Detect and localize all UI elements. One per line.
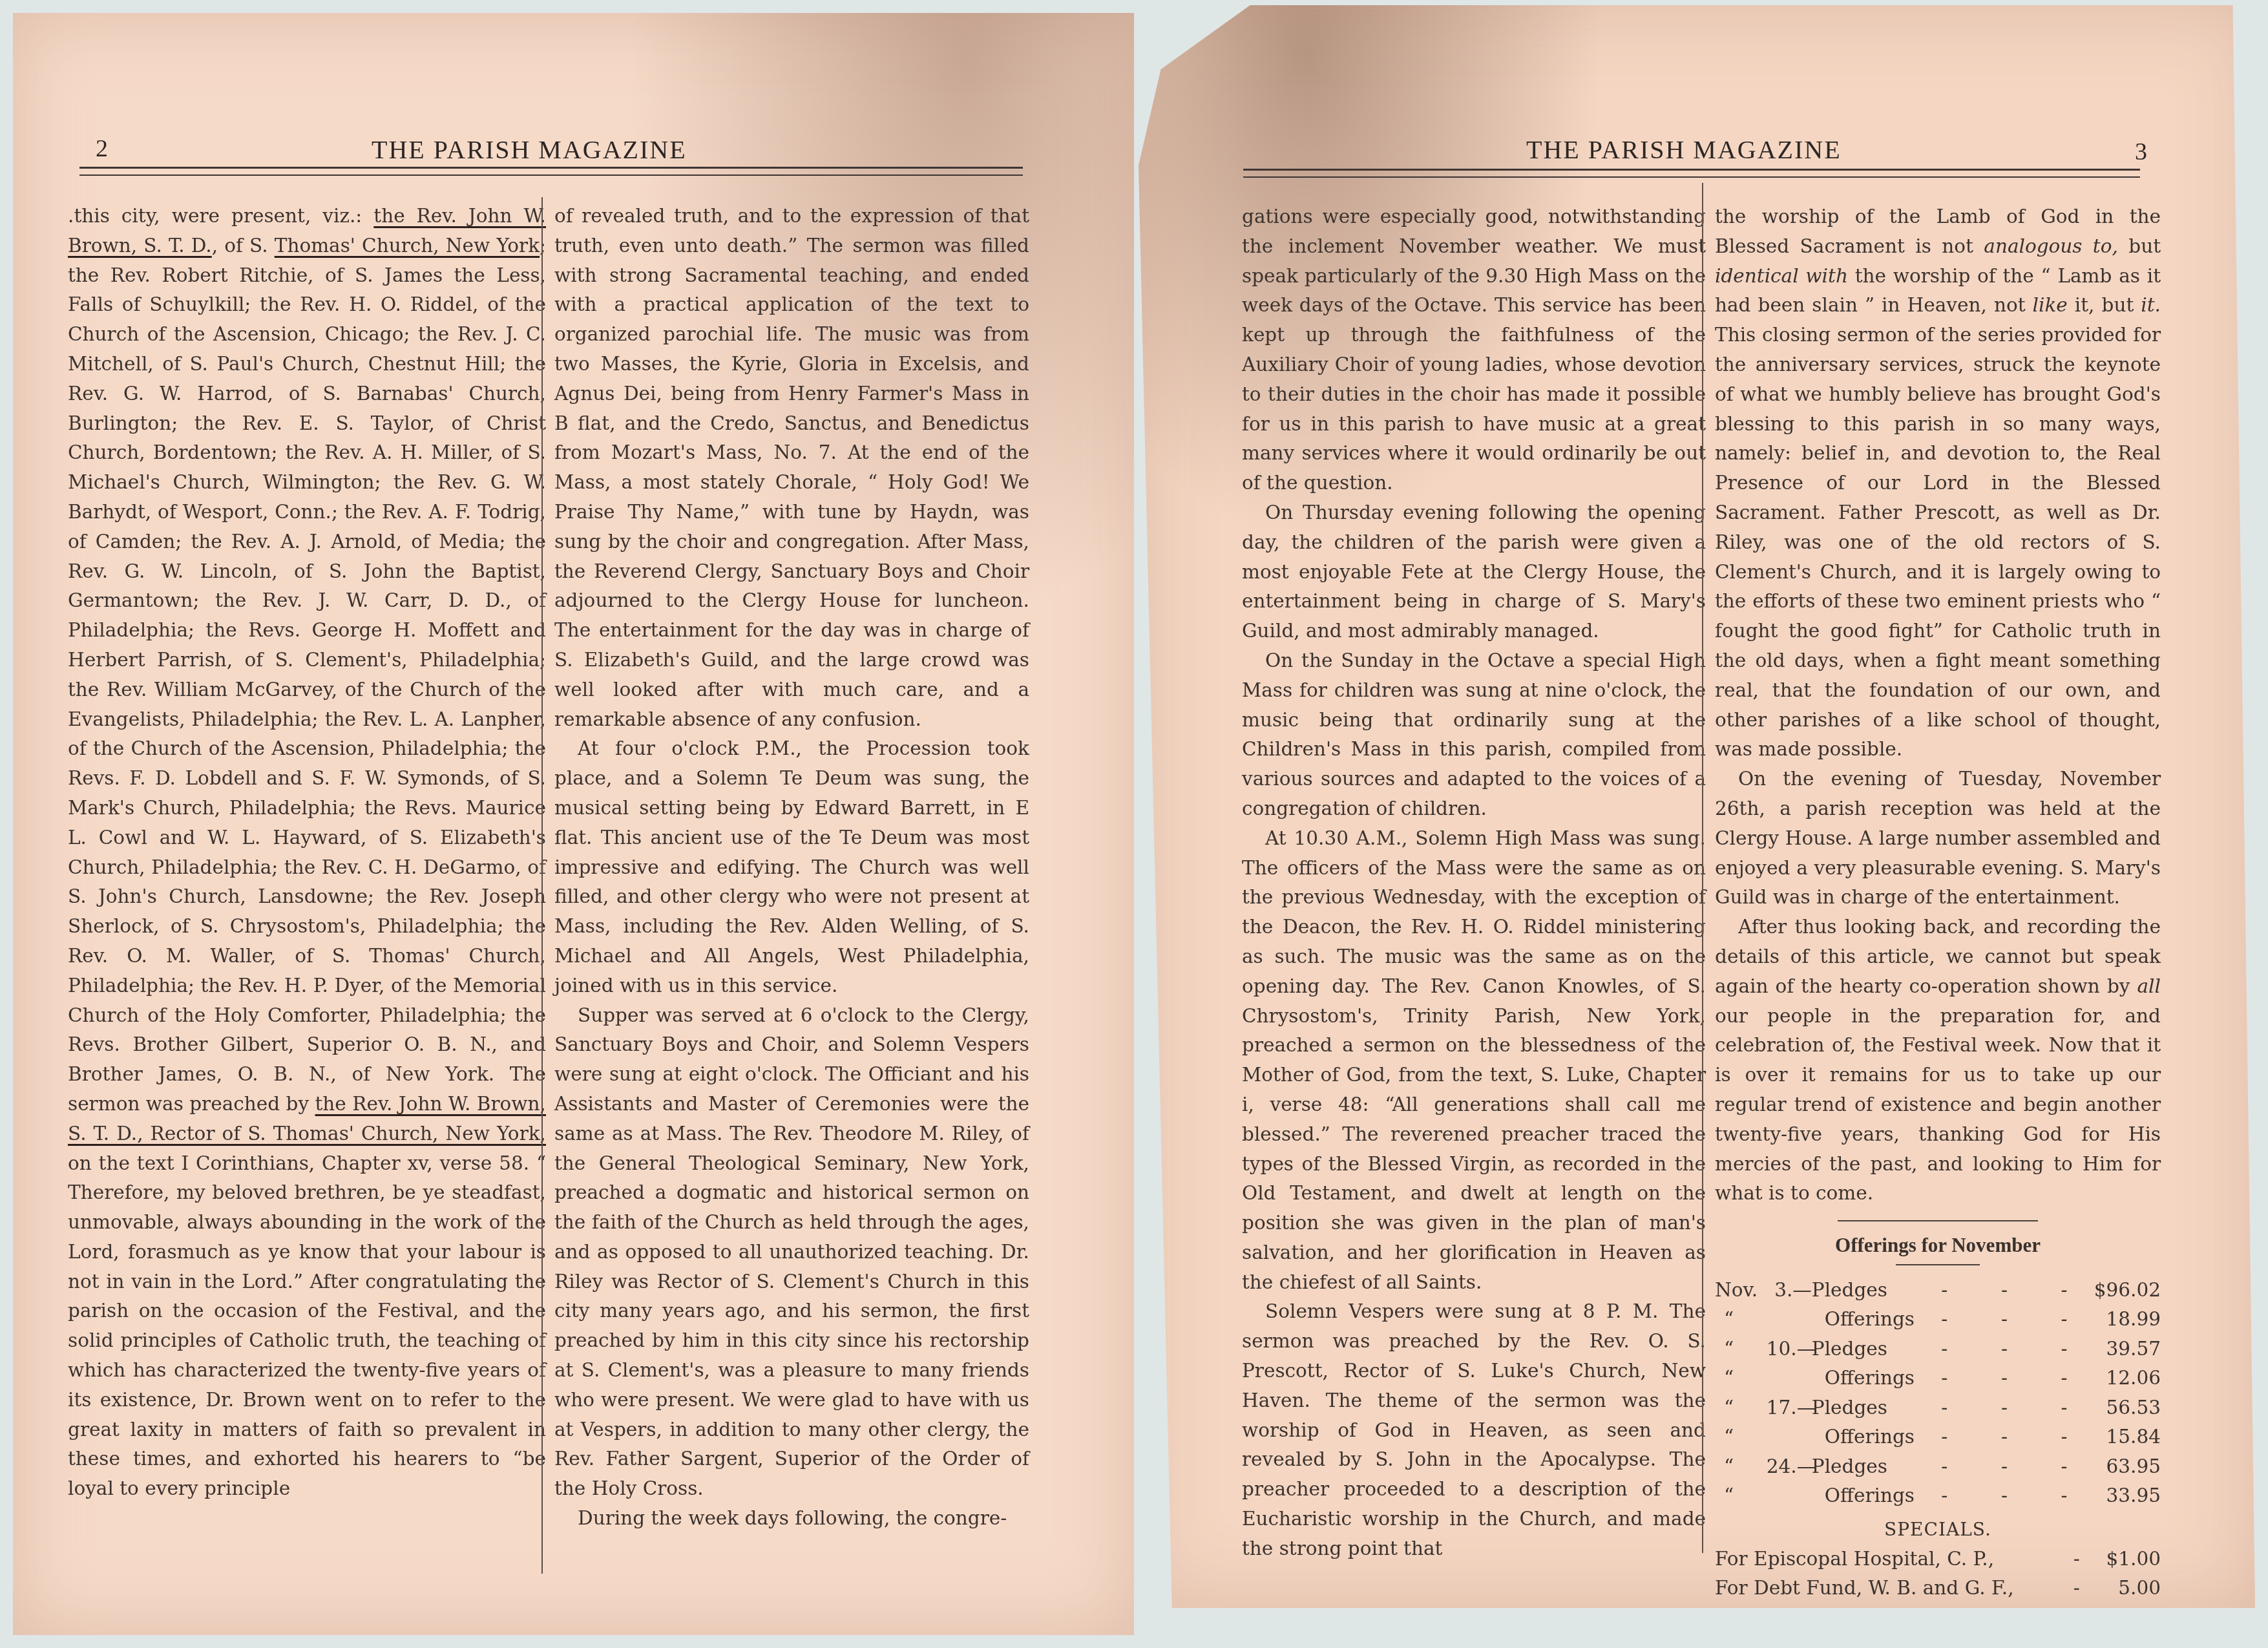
month-cell: “ [1715, 1364, 1767, 1393]
date: 17.— [1767, 1393, 1812, 1423]
amount-cell: 33.95 [2094, 1481, 2161, 1511]
amount-cell: 15.84 [2094, 1422, 2161, 1452]
italic-text: all [2137, 975, 2161, 997]
offering-row: “24.—Pledges---63.95 [1715, 1452, 2161, 1482]
leader-dash: - [2034, 1305, 2094, 1335]
offering-row: “Offerings---33.95 [1715, 1481, 2161, 1511]
text: ; the Rev. Robert Ritchie, of S. James t… [68, 235, 546, 1115]
italic-text: identical with [1715, 265, 1848, 287]
leader-dash: - [1915, 1305, 1975, 1335]
section-rule [1838, 1220, 2038, 1221]
paragraph: gations were especially good, notwithsta… [1242, 202, 1706, 498]
item-label: Pledges [1812, 1279, 1887, 1301]
item-label: Offerings [1812, 1308, 1915, 1330]
article-column-1: .this city, were present, viz.: the Rev.… [68, 202, 546, 1504]
month-cell: “ [1715, 1422, 1767, 1452]
paragraph: At four o'clock P.M., the Procession too… [554, 734, 1029, 1000]
item-cell: Offerings [1767, 1422, 1915, 1452]
leader-dash: - [1975, 1335, 2035, 1364]
item-cell: 3.—Pledges [1767, 1276, 1915, 1305]
leader-dash: - [1915, 1335, 1975, 1364]
paragraph: During the week days following, the cong… [554, 1504, 1029, 1534]
special-label: For Episcopal Hospital, C. P., [1715, 1545, 2054, 1574]
leader-dash: - [1975, 1393, 2035, 1423]
leader-dash: - [1975, 1422, 2035, 1452]
article-column-1: gations were especially good, notwithsta… [1242, 202, 1706, 1564]
special-label: For Debt Fund, W. B. and G. F., [1715, 1574, 2054, 1603]
amount-cell: 56.53 [2094, 1393, 2161, 1423]
column-divider [1702, 183, 1703, 1553]
month-cell: “ [1715, 1335, 1767, 1364]
special-row: For Debt Fund, W. B. and G. F.,-5.00 [1715, 1574, 2161, 1603]
paragraph: Solemn Vespers were sung at 8 P. M. The … [1242, 1297, 1706, 1563]
leader-dash: - [2034, 1335, 2094, 1364]
header-rule [1243, 169, 2140, 171]
paragraph: the worship of the Lamb of God in the Bl… [1715, 202, 2161, 765]
text: but [2118, 235, 2161, 257]
paragraph: Supper was served at 6 o'clock to the Cl… [554, 1001, 1029, 1505]
italic-text: it. [2141, 294, 2161, 316]
paragraph: After thus looking back, and recording t… [1715, 913, 2161, 1209]
item-label: Offerings [1812, 1426, 1915, 1448]
text: This closing sermon of the series provid… [1715, 324, 2161, 760]
date: 10.— [1767, 1335, 1812, 1364]
italic-text: analogous to, [1984, 235, 2118, 257]
amount-cell: 18.99 [2094, 1305, 2161, 1335]
leader-dash: - [1915, 1481, 1975, 1511]
paragraph: On Thursday evening following the openin… [1242, 498, 1706, 646]
offering-row: “Offerings---15.84 [1715, 1422, 2161, 1452]
header-rule [79, 174, 1023, 176]
special-amount: $1.00 [2099, 1545, 2161, 1574]
leader-dash: - [1915, 1276, 1975, 1305]
leader-dash: - [1975, 1276, 2035, 1305]
text: of revealed truth, and to the expression… [554, 205, 1029, 730]
text: On Thursday evening following the openin… [1242, 502, 1706, 642]
text: During the week days following, the cong… [578, 1507, 1007, 1529]
right-page: THE PARISH MAGAZINE 3 gations were espec… [1139, 5, 2255, 1608]
leader-dash: - [1975, 1481, 2035, 1511]
text: it, but [2068, 294, 2141, 316]
text: our people in the preparation for, and c… [1715, 1005, 2161, 1205]
text: Solemn Vespers were sung at 8 P. M. The … [1242, 1300, 1706, 1559]
item-cell: Offerings [1767, 1481, 1915, 1511]
month-cell: “ [1715, 1452, 1767, 1482]
leader-dash: - [2034, 1393, 2094, 1423]
text: On the Sunday in the Octave a special Hi… [1242, 650, 1706, 819]
text: At 10.30 A.M., Solemn High Mass was sung… [1242, 827, 1706, 1293]
item-cell: Offerings [1767, 1305, 1915, 1335]
paragraph: .this city, were present, viz.: the Rev.… [68, 202, 546, 1504]
date: 24.— [1767, 1452, 1812, 1482]
article-column-2: the worship of the Lamb of God in the Bl… [1715, 202, 2161, 1603]
leader-dash: - [2034, 1452, 2094, 1482]
leader-dash: - [1975, 1364, 2035, 1393]
specials-heading: SPECIALS. [1715, 1515, 2161, 1545]
item-label: Pledges [1812, 1455, 1887, 1477]
leader-dash: - [1975, 1452, 2035, 1482]
offerings-table: Nov.3.—Pledges---$96.02“Offerings---18.9… [1715, 1276, 2161, 1511]
item-label: Pledges [1812, 1397, 1887, 1419]
month-cell: Nov. [1715, 1276, 1767, 1305]
special-row: For Episcopal Hospital, C. P.,-$1.00 [1715, 1545, 2161, 1574]
underlined-text: Thomas' Church, New York [275, 235, 540, 257]
page-number: 2 [96, 134, 108, 163]
section-rule [1896, 1264, 1980, 1265]
item-label: Offerings [1812, 1367, 1915, 1389]
item-cell: Offerings [1767, 1364, 1915, 1393]
header-rule [1243, 176, 2140, 178]
article-text: the worship of the Lamb of God in the Bl… [1715, 202, 2161, 1209]
amount-cell: 39.57 [2094, 1335, 2161, 1364]
leader-dash: - [1915, 1393, 1975, 1423]
column-divider [541, 197, 543, 1574]
italic-text: like [2033, 294, 2068, 316]
leader-dash: - [2054, 1545, 2099, 1574]
text: After thus looking back, and recording t… [1715, 916, 2161, 997]
header-rule [79, 167, 1023, 169]
month-cell: “ [1715, 1481, 1767, 1511]
item-cell: 17.—Pledges [1767, 1393, 1915, 1423]
paragraph: of revealed truth, and to the expression… [554, 202, 1029, 734]
text: Supper was served at 6 o'clock to the Cl… [554, 1004, 1029, 1500]
text: gations were especially good, notwithsta… [1242, 206, 1706, 494]
page-number: 3 [2135, 138, 2147, 166]
item-label: Pledges [1812, 1338, 1887, 1360]
item-label: Offerings [1812, 1484, 1915, 1506]
leader-dash: - [2034, 1422, 2094, 1452]
offerings-title: Offerings for November [1715, 1231, 2161, 1260]
text: on the text I Corinthians, Chapter xv, v… [68, 1152, 546, 1500]
month-cell: “ [1715, 1305, 1767, 1335]
offering-row: “10.—Pledges---39.57 [1715, 1335, 2161, 1364]
leader-dash: - [1915, 1364, 1975, 1393]
offering-row: “Offerings---18.99 [1715, 1305, 2161, 1335]
article-column-2: of revealed truth, and to the expression… [554, 202, 1029, 1534]
amount-cell: 12.06 [2094, 1364, 2161, 1393]
leader-dash: - [2034, 1481, 2094, 1511]
running-head: THE PARISH MAGAZINE [1526, 134, 1842, 165]
leader-dash: - [2034, 1364, 2094, 1393]
month-cell: “ [1715, 1393, 1767, 1423]
special-amount: 5.00 [2099, 1574, 2161, 1603]
leader-dash: - [1915, 1422, 1975, 1452]
paragraph: At 10.30 A.M., Solemn High Mass was sung… [1242, 824, 1706, 1298]
leader-dash: - [2054, 1574, 2099, 1603]
offering-row: “Offerings---12.06 [1715, 1364, 2161, 1393]
leader-dash: - [2034, 1276, 2094, 1305]
paragraph: On the Sunday in the Octave a special Hi… [1242, 646, 1706, 824]
left-page: 2 THE PARISH MAGAZINE .this city, were p… [13, 13, 1134, 1635]
text: At four o'clock P.M., the Procession too… [554, 737, 1029, 996]
text: , of S. [212, 235, 275, 257]
item-cell: 10.—Pledges [1767, 1335, 1915, 1364]
offering-row: “17.—Pledges---56.53 [1715, 1393, 2161, 1423]
leader-dash: - [1915, 1452, 1975, 1482]
text: .this city, were present, viz.: [68, 205, 373, 227]
item-cell: 24.—Pledges [1767, 1452, 1915, 1482]
offering-row: Nov.3.—Pledges---$96.02 [1715, 1276, 2161, 1305]
specials-table: For Episcopal Hospital, C. P.,-$1.00For … [1715, 1545, 2161, 1603]
running-head: THE PARISH MAGAZINE [372, 134, 687, 165]
paragraph: On the evening of Tuesday, November 26th… [1715, 765, 2161, 913]
amount-cell: 63.95 [2094, 1452, 2161, 1482]
text: On the evening of Tuesday, November 26th… [1715, 768, 2161, 908]
leader-dash: - [1975, 1305, 2035, 1335]
date: 3.— [1767, 1276, 1812, 1305]
amount-cell: $96.02 [2094, 1276, 2161, 1305]
